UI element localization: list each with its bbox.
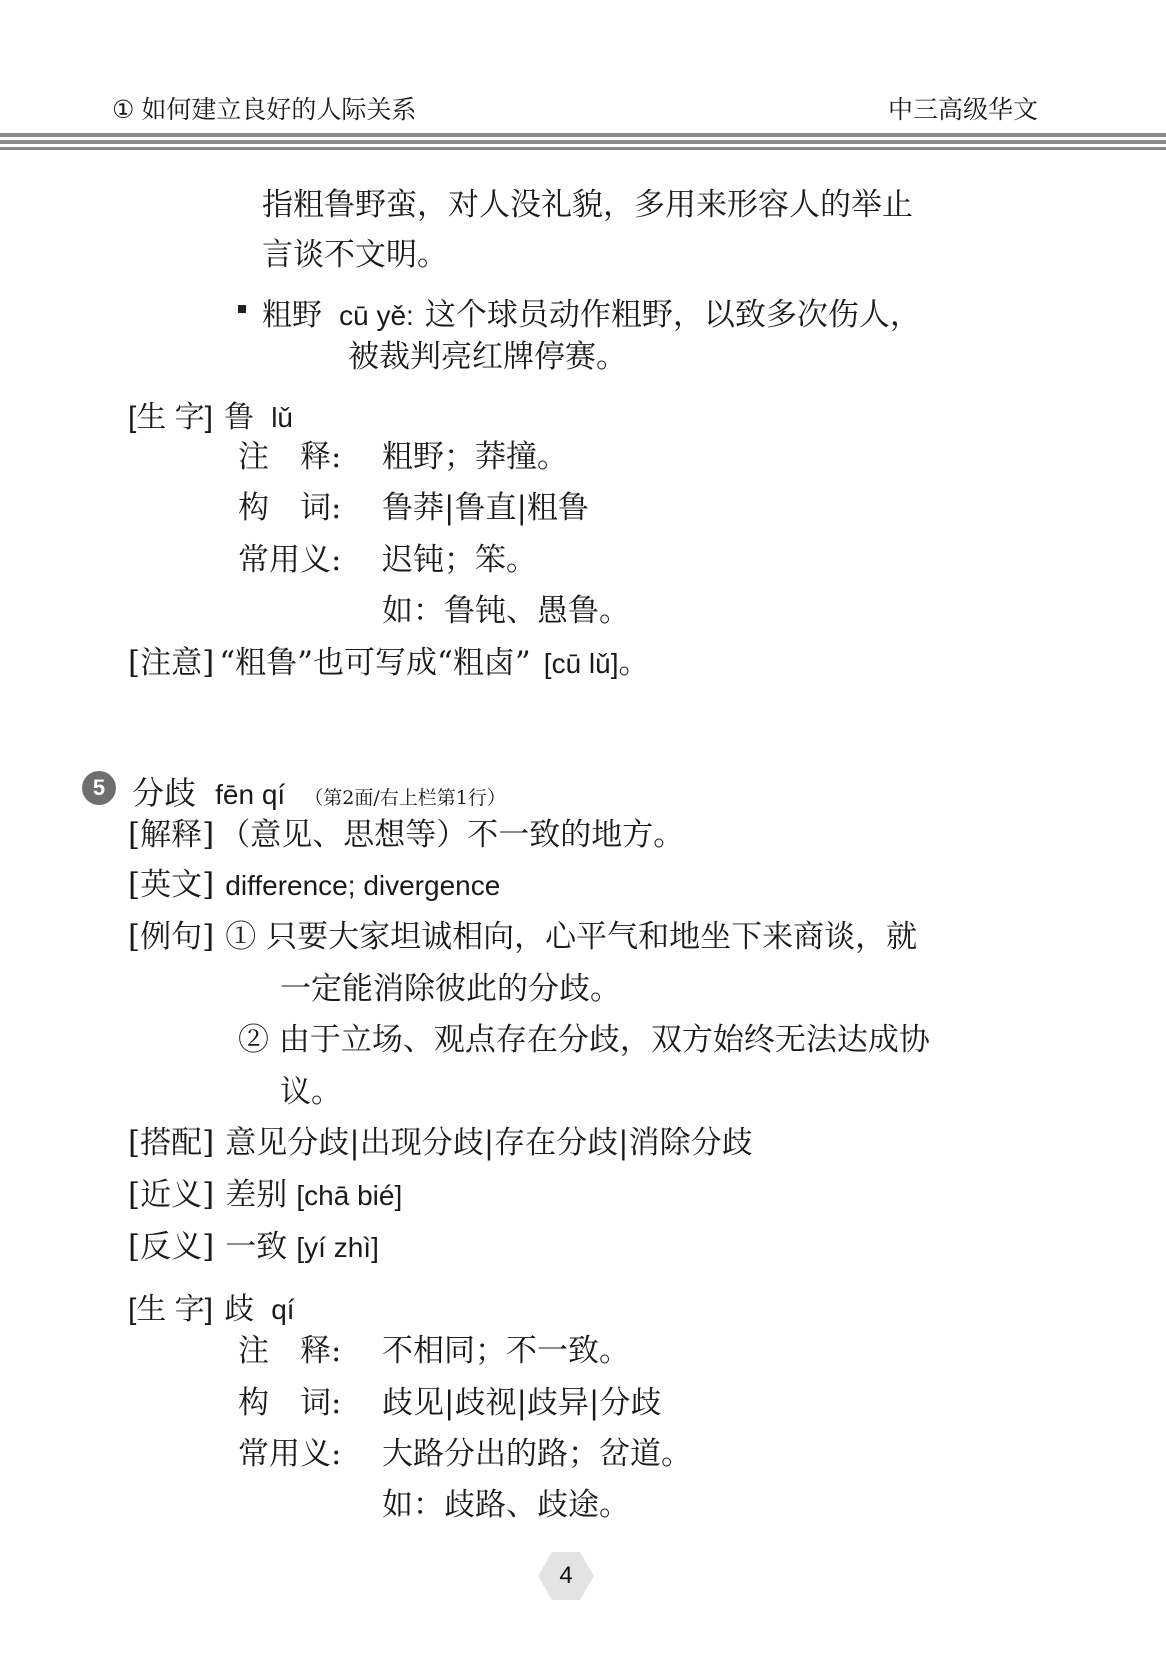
char-words-label: 构 词: [238, 1388, 341, 1419]
example-2-line1: ② 由于立场、观点存在分歧，双方始终无法达成协 [238, 1025, 930, 1056]
char-common-meaning-value: 迟钝；笨。 [382, 545, 537, 576]
antonym-label: [反义] [128, 1229, 214, 1265]
char-words-value: 歧见|歧视|歧异|分歧 [382, 1388, 661, 1419]
new-char-row-qi: [生 字] 歧 qí [128, 1284, 295, 1328]
note-pinyin: [cū lǔ] [544, 648, 619, 679]
example-sentence-line2: 被裁判亮红牌停赛。 [348, 342, 627, 373]
example-2-line2: 议。 [280, 1077, 342, 1108]
definition-continuation-line2: 言谈不文明。 [262, 240, 448, 271]
examples-row: [例句] ① 只要大家坦诚相向，心平气和地坐下来商谈，就 [128, 922, 917, 953]
antonym-pinyin: [yí zhì] [296, 1232, 378, 1263]
entry-heading: 分歧 fēn qí （第2面/右上栏第1行） [132, 768, 506, 814]
char-common-meaning-label: 常用义: [238, 1439, 341, 1470]
example-1-line2: 一定能消除彼此的分歧。 [280, 974, 621, 1005]
char-words-value: 鲁莽|鲁直|粗鲁 [382, 493, 589, 524]
definition-text: （意见、思想等）不一致的地方。 [219, 817, 684, 853]
new-char-row-lu: [生 字] 鲁 lǔ [128, 392, 293, 436]
new-char-label: [生 字] [128, 401, 213, 434]
char-gloss-label: 注 释: [238, 1336, 341, 1367]
entry-pinyin: fēn qí [215, 779, 285, 810]
collocation-label: [搭配] [128, 1125, 214, 1161]
char-common-meaning-value: 大路分出的路；岔道。 [382, 1439, 692, 1470]
char-gloss-label: 注 释: [238, 442, 341, 473]
char-common-meaning-example: 如：鲁钝、愚鲁。 [382, 596, 630, 627]
char-gloss-value: 不相同；不一致。 [382, 1336, 630, 1367]
example-1-line1: ① 只要大家坦诚相向，心平气和地坐下来商谈，就 [225, 919, 917, 955]
collocation-text: 意见分歧|出现分歧|存在分歧|消除分歧 [225, 1125, 752, 1161]
new-char: 歧 [224, 1293, 254, 1326]
english-label: [英文] [128, 867, 214, 903]
new-char: 鲁 [224, 401, 254, 434]
book-title: 中三高级华文 [888, 90, 1038, 126]
note-end: 。 [619, 645, 650, 681]
chapter-title: ① 如何建立良好的人际关系 [112, 90, 416, 126]
english-text: difference; divergence [225, 870, 500, 901]
antonym-text: 一致 [225, 1229, 287, 1265]
header-rule-2 [0, 140, 1166, 144]
entry-number-badge: 5 [82, 771, 116, 805]
char-common-meaning-label: 常用义: [238, 545, 341, 576]
note-row: [注意] “粗鲁”也可写成“粗卤” [cū lǔ]。 [128, 648, 650, 680]
example-sentence-line1: 这个球员动作粗野，以致多次伤人， [425, 297, 921, 333]
definition-row: [解释] （意见、思想等）不一致的地方。 [128, 820, 684, 851]
synonym-label: [近义] [128, 1177, 214, 1213]
page-number: 4 [538, 1552, 594, 1600]
header-rule-3 [0, 147, 1166, 150]
new-char-pinyin: lǔ [271, 402, 293, 433]
note-label: [注意] [128, 645, 214, 681]
example-word-row: 粗野 cū yě: 这个球员动作粗野，以致多次伤人， [262, 290, 921, 334]
entry-word: 分歧 [132, 775, 196, 811]
new-char-pinyin: qí [271, 1294, 294, 1325]
example-pinyin: cū yě: [339, 300, 414, 331]
collocation-row: [搭配] 意见分歧|出现分歧|存在分歧|消除分歧 [128, 1128, 753, 1159]
note-text: “粗鲁”也可写成“粗卤” [219, 645, 530, 681]
header-rule-1 [0, 133, 1166, 137]
bullet-icon [238, 305, 246, 313]
synonym-pinyin: [chā bié] [296, 1180, 402, 1211]
example-word: 粗野 [262, 299, 322, 332]
new-char-label: [生 字] [128, 1293, 213, 1326]
definition-label: [解释] [128, 817, 214, 853]
antonym-row: [反义] 一致 [yí zhì] [128, 1232, 379, 1264]
char-words-label: 构 词: [238, 493, 341, 524]
synonym-row: [近义] 差别 [chā bié] [128, 1180, 402, 1212]
definition-continuation-line1: 指粗鲁野蛮，对人没礼貌，多用来形容人的举止 [262, 190, 913, 221]
char-common-meaning-example: 如：歧路、歧途。 [382, 1490, 630, 1521]
entry-reference: （第2面/右上栏第1行） [304, 787, 506, 809]
synonym-text: 差别 [225, 1177, 287, 1213]
examples-label: [例句] [128, 919, 214, 955]
char-gloss-value: 粗野；莽撞。 [382, 442, 568, 473]
english-row: [英文] difference; divergence [128, 870, 500, 902]
